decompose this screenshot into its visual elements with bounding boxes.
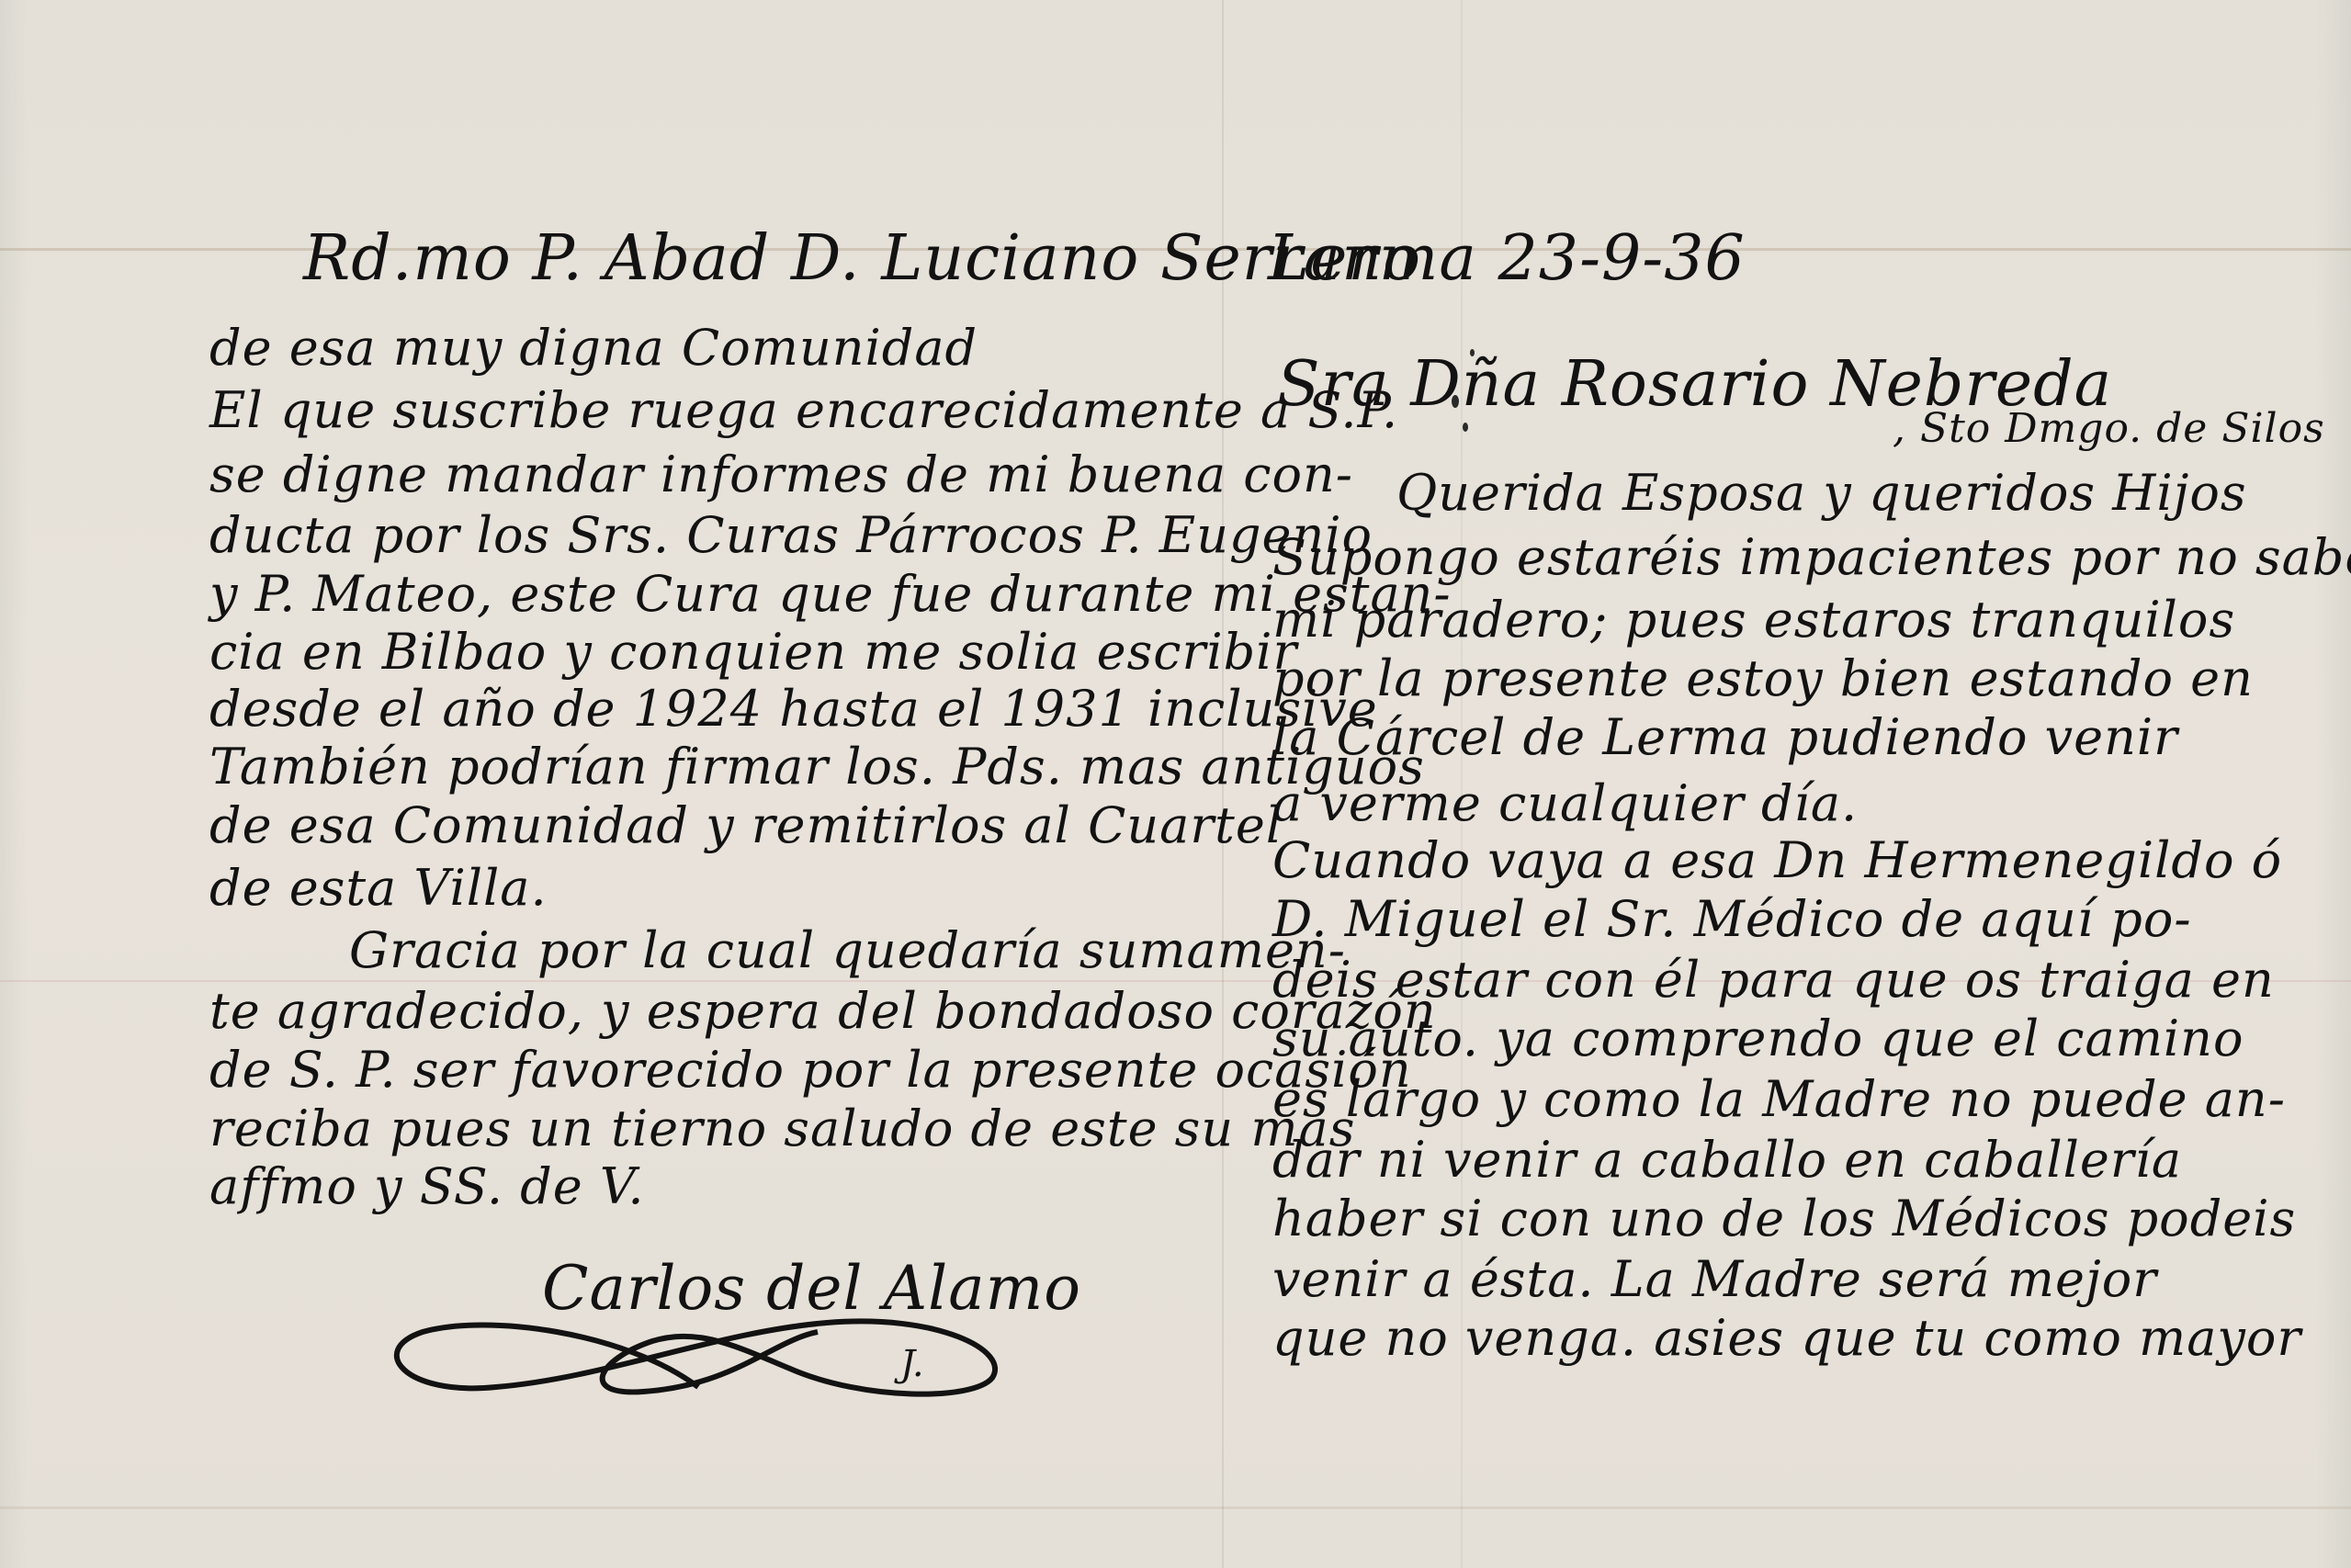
left-line: se digne mandar informes de mi buena con…: [209, 450, 1353, 500]
left-line: Gracia por la cual quedaría sumamen-: [349, 926, 1346, 976]
left-line: de S. P. ser favorecido por la presente …: [209, 1045, 1412, 1095]
right-line: D. Miguel el Sr. Médico de aquí po-: [1272, 895, 2192, 944]
left-line: reciba pues un tierno saludo de este su …: [209, 1104, 1355, 1154]
left-line: desde el año de 1924 hasta el 1931 inclu…: [209, 684, 1378, 734]
right-line: que no venga. asies que tu como mayor: [1272, 1314, 2301, 1363]
left-line: te agradecido, y espera del bondadoso co…: [209, 987, 1437, 1036]
right-line: haber si con uno de los Médicos podeis: [1272, 1194, 2296, 1244]
signature: Carlos del Alamo: [542, 1258, 1081, 1319]
left-line: de esta Villa.: [209, 863, 548, 913]
recipient-location: , Sto Dmgo. de Silos: [1893, 409, 2325, 449]
left-line: de esa muy digna Comunidad: [209, 323, 978, 373]
place-date: Lerma 23-9-36: [1268, 228, 1746, 290]
ink-speck: [1463, 423, 1468, 432]
right-line: Cuando vaya a esa Dn Hermenegildo ó: [1272, 836, 2282, 886]
ruled-line: [0, 1506, 2351, 1509]
right-line: es largo y como la Madre no puede an-: [1272, 1075, 2286, 1124]
left-heading: Rd.mo P. Abad D. Luciano Serrano: [303, 228, 1421, 290]
left-line: de esa Comunidad y remitirlos al Cuartel: [209, 801, 1283, 851]
right-line: Querida Esposa y queridos Hijos: [1396, 468, 2247, 518]
left-line: cia en Bilbao y conquien me solia escrib…: [209, 627, 1297, 677]
right-line: dar ni venir a caballo en caballería: [1272, 1135, 2182, 1185]
right-line: a verme cualquier día.: [1272, 779, 1858, 829]
signature-flourish-icon: J.: [349, 1314, 1084, 1405]
right-line: Supongo estaréis impacientes por no sabe…: [1272, 533, 2351, 582]
left-line: También podrían firmar los. Pds. mas ant…: [209, 742, 1425, 792]
right-line: la Cárcel de Lerma pudiendo venir: [1272, 713, 2178, 762]
left-line: ducta por los Srs. Curas Párrocos P. Eug…: [209, 511, 1373, 560]
left-line: El que suscribe ruega encarecidamente a …: [209, 386, 1398, 435]
left-line: y P. Mateo, este Cura que fue durante mi…: [209, 570, 1452, 619]
right-line: mi paradero; pues estaros tranquilos: [1272, 595, 2235, 645]
right-line: venir a ésta. La Madre será mejor: [1272, 1255, 2157, 1304]
right-line: su auto. ya comprendo que el camino: [1272, 1014, 2244, 1064]
left-line: affmo y SS. de V.: [209, 1162, 645, 1212]
svg-text:J.: J.: [894, 1343, 924, 1385]
right-line: deis estar con él para que os traiga en: [1272, 955, 2275, 1005]
right-line: por la presente estoy bien estando en: [1272, 654, 2254, 704]
